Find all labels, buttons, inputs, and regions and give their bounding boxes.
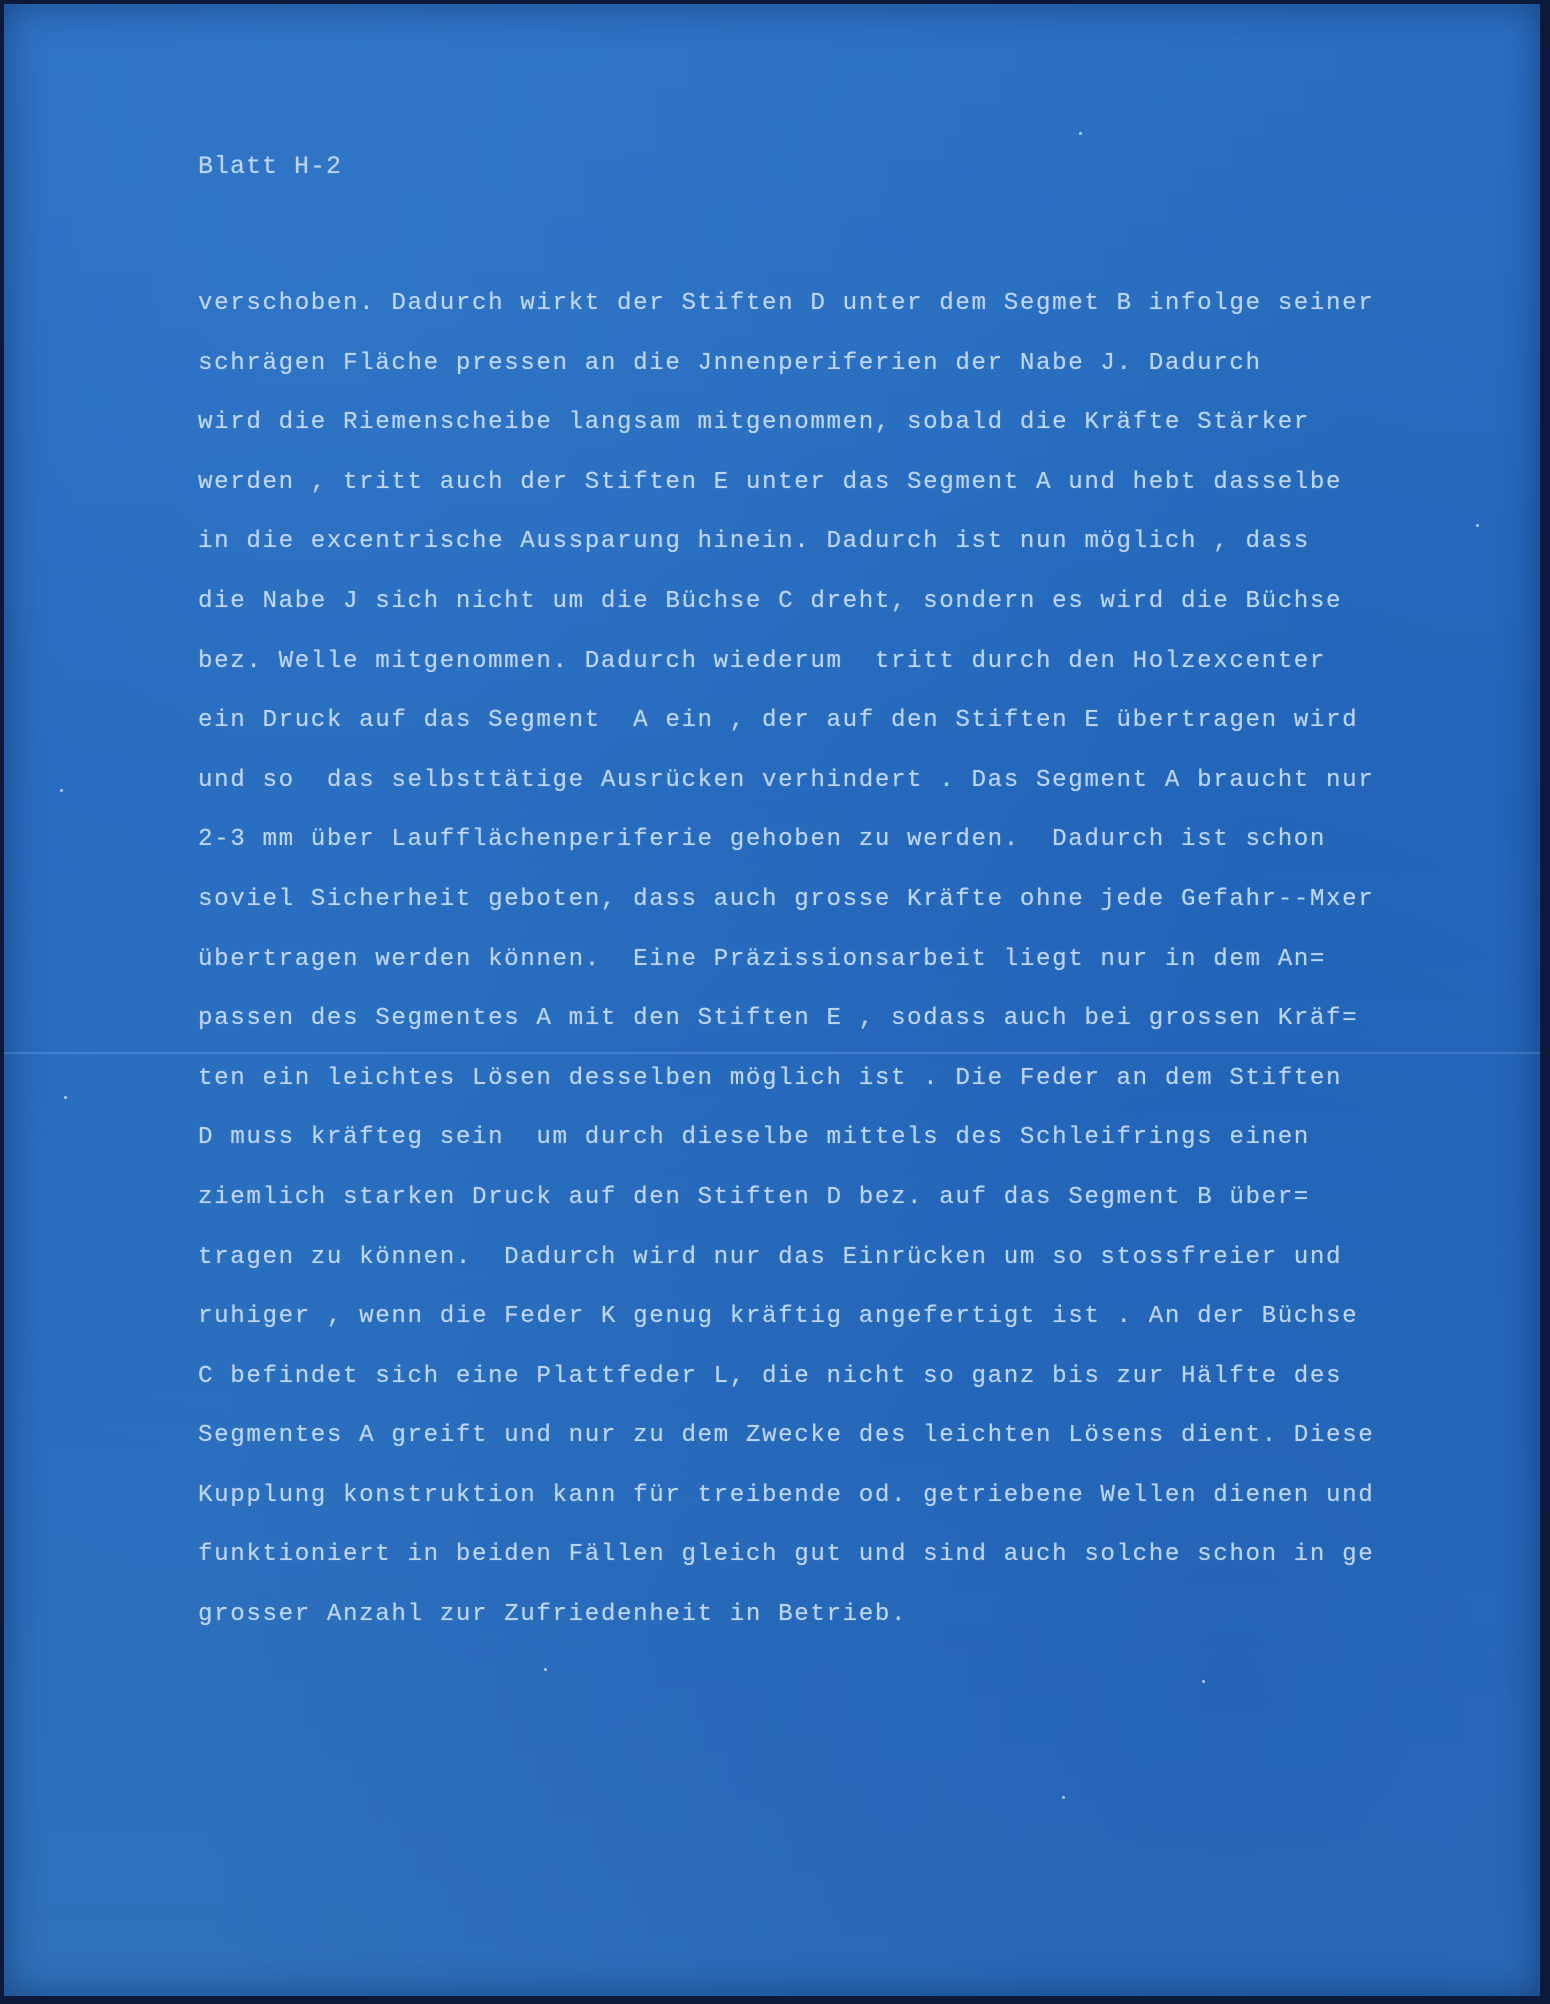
text-line: Segmentes A greift und nur zu dem Zwecke… [198,1421,1518,1481]
text-line: verschoben. Dadurch wirkt der Stiften D … [198,289,1518,349]
text-line: werden , tritt auch der Stiften E unter … [198,468,1518,528]
blueprint-page: Blatt H-2 verschoben. Dadurch wirkt der … [4,4,1540,1996]
paper-speck [1202,1680,1205,1683]
text-line: D muss kräfteg sein um durch dieselbe mi… [198,1123,1518,1183]
text-line: bez. Welle mitgenommen. Dadurch wiederum… [198,647,1518,707]
text-line: ten ein leichtes Lösen desselben möglich… [198,1064,1518,1124]
text-line: ein Druck auf das Segment A ein , der au… [198,706,1518,766]
paper-speck [60,789,63,792]
paper-speck [1062,1796,1065,1799]
text-line: C befindet sich eine Plattfeder L, die n… [198,1362,1518,1422]
text-line: 2-3 mm über Laufflächenperiferie gehoben… [198,825,1518,885]
paper-speck [544,1668,547,1671]
text-line: funktioniert in beiden Fällen gleich gut… [198,1540,1518,1600]
text-line: die Nabe J sich nicht um die Büchse C dr… [198,587,1518,647]
text-line: passen des Segmentes A mit den Stiften E… [198,1004,1518,1064]
text-line: und so das selbsttätige Ausrücken verhin… [198,766,1518,826]
text-line: wird die Riemenscheibe langsam mitgenomm… [198,408,1518,468]
text-line: ziemlich starken Druck auf den Stiften D… [198,1183,1518,1243]
text-line: Kupplung konstruktion kann für treibende… [198,1481,1518,1541]
paper-speck [64,1096,67,1099]
text-line: soviel Sicherheit geboten, dass auch gro… [198,885,1518,945]
page-header: Blatt H-2 [198,152,342,181]
text-line: übertragen werden können. Eine Präzissio… [198,945,1518,1005]
text-line: schrägen Fläche pressen an die Jnnenperi… [198,349,1518,409]
text-line: tragen zu können. Dadurch wird nur das E… [198,1243,1518,1303]
text-line: ruhiger , wenn die Feder K genug kräftig… [198,1302,1518,1362]
text-line: grosser Anzahl zur Zufriedenheit in Betr… [198,1600,1518,1660]
paper-speck [1476,524,1479,527]
typed-body-text: verschoben. Dadurch wirkt der Stiften D … [198,289,1518,1660]
text-line: in die excentrische Aussparung hinein. D… [198,527,1518,587]
paper-speck [1079,132,1082,135]
